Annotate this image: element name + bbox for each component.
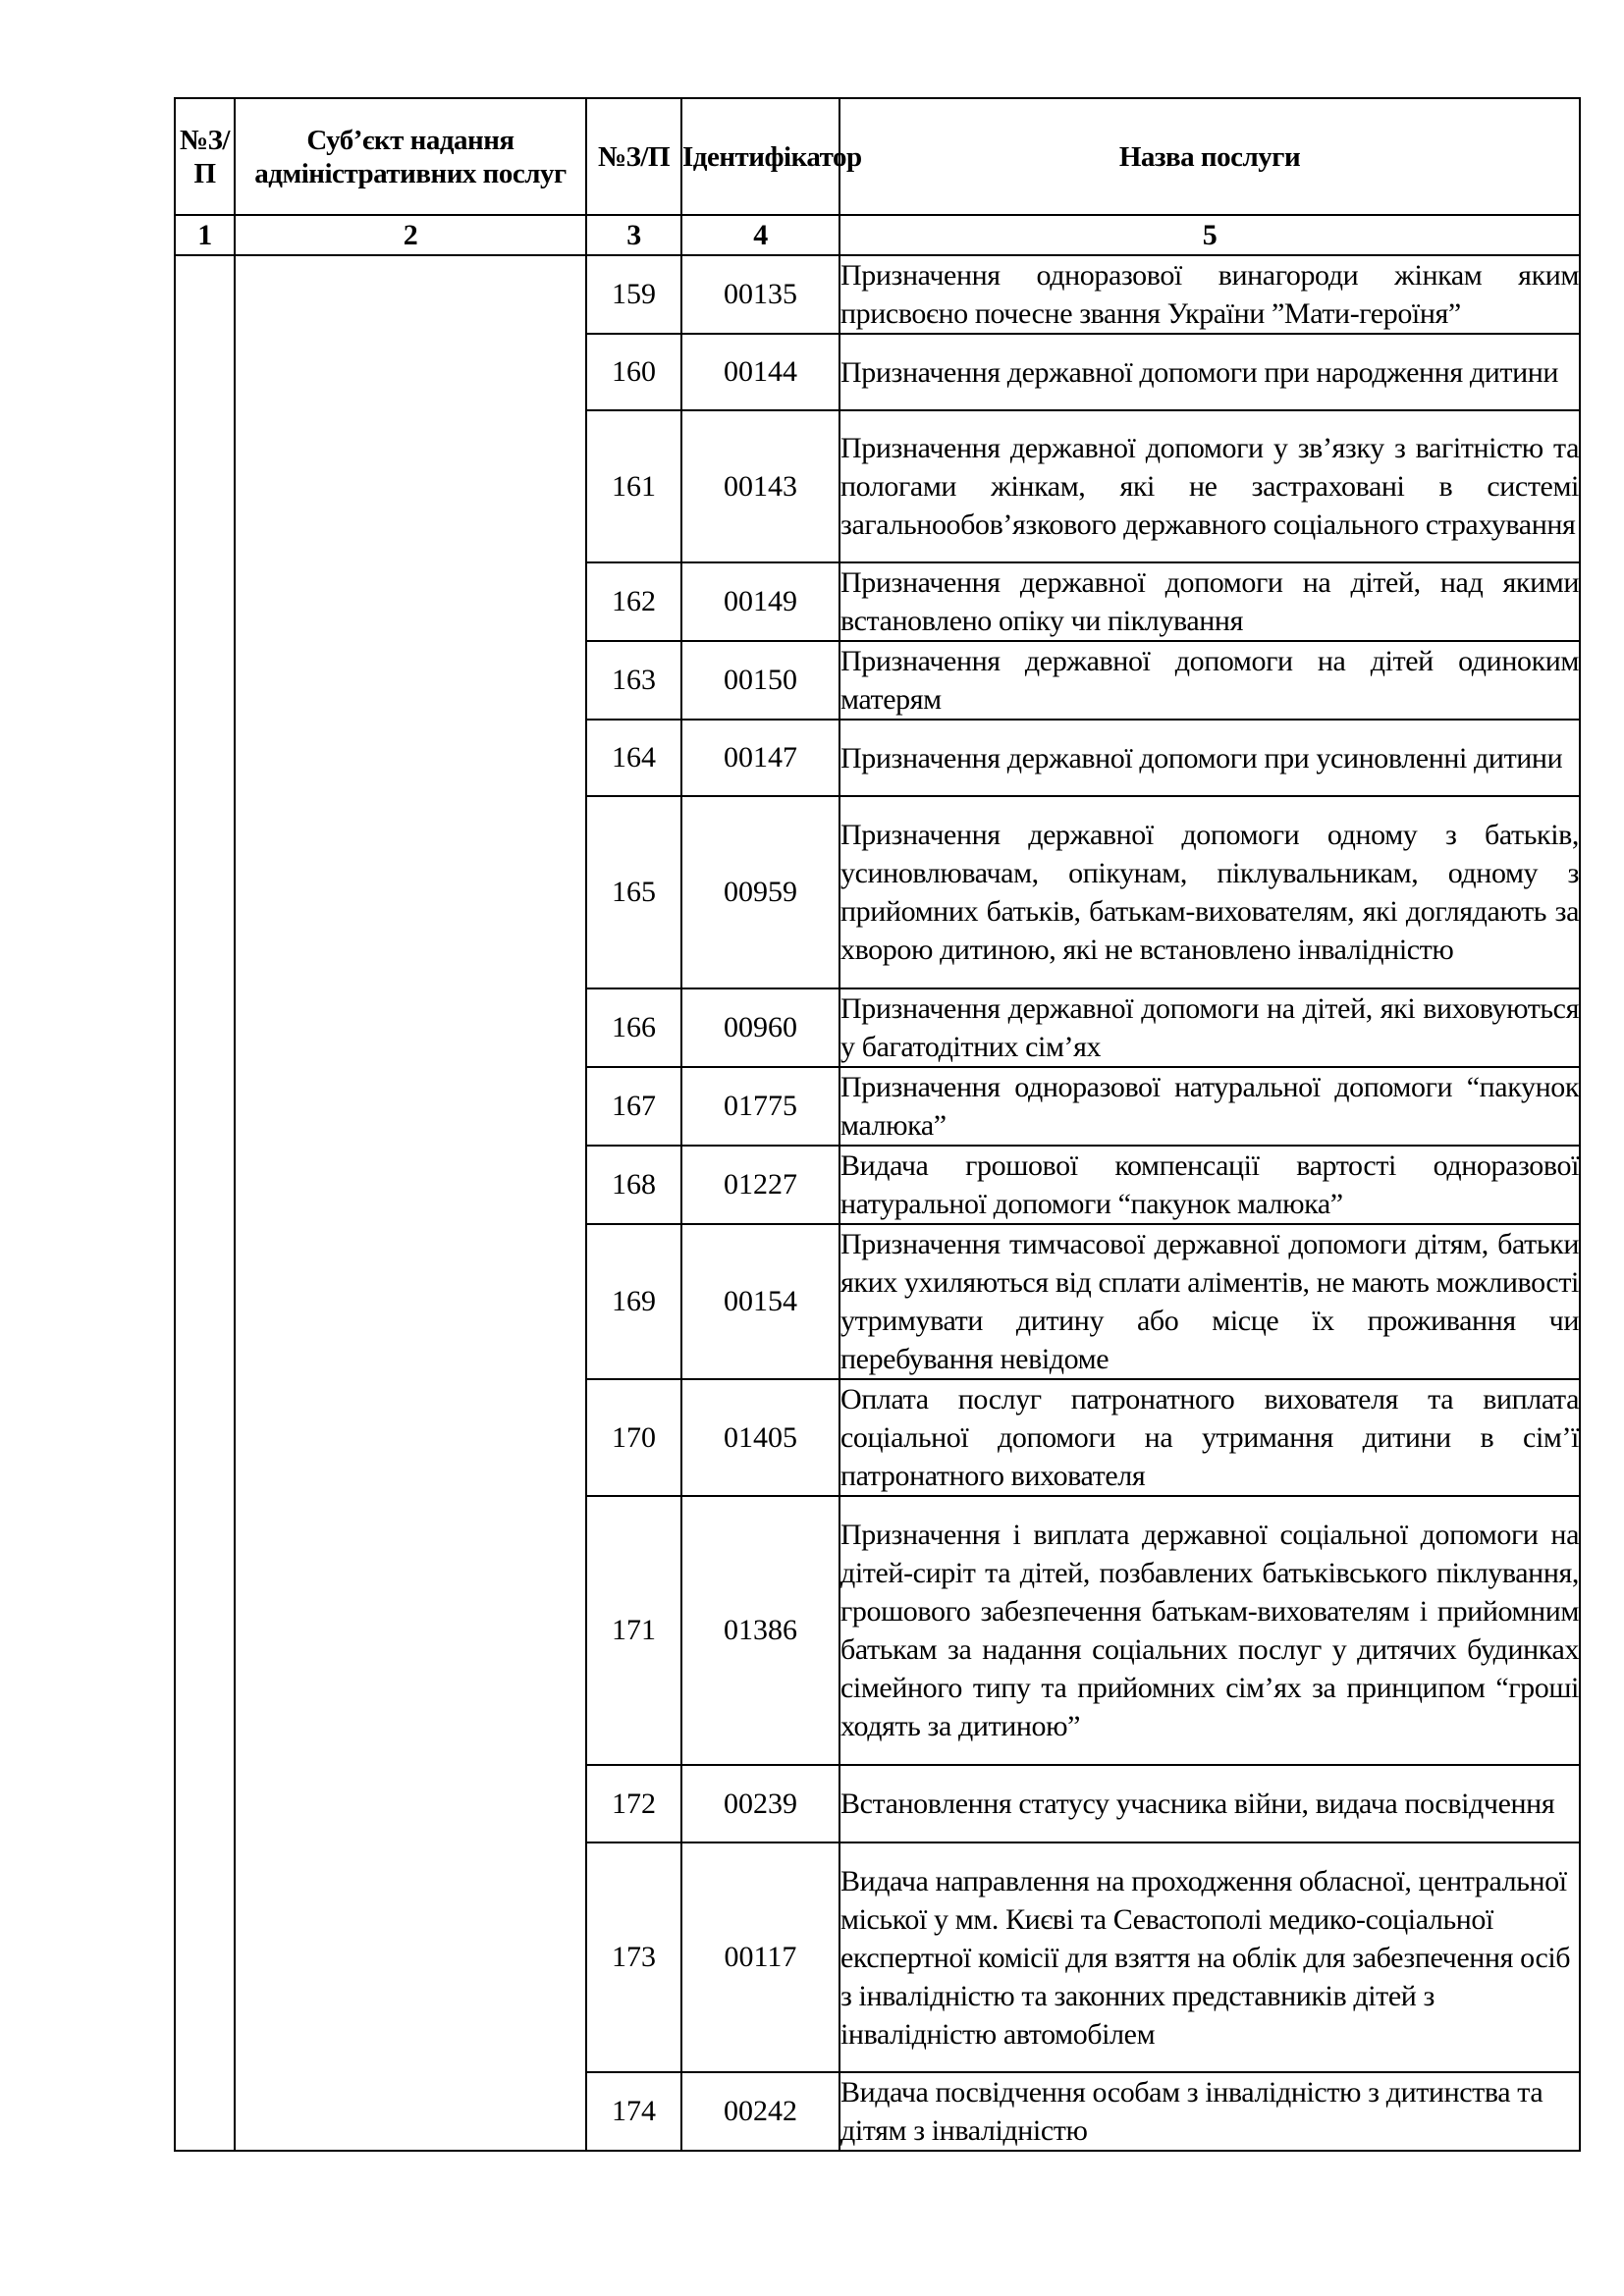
item-number-cell: 160 [586, 334, 681, 410]
service-name-cell: Призначення державної допомоги у зв’язку… [839, 410, 1580, 562]
identifier-cell: 00959 [681, 796, 839, 988]
service-name-cell: Призначення і виплата державної соціальн… [839, 1496, 1580, 1765]
identifier-cell: 01386 [681, 1496, 839, 1765]
item-number-cell: 166 [586, 988, 681, 1067]
identifier-cell: 00144 [681, 334, 839, 410]
item-number-cell: 162 [586, 562, 681, 641]
table-body: 15900135Призначення одноразової винагоро… [175, 255, 1580, 2151]
service-name-cell: Призначення тимчасової державної допомог… [839, 1224, 1580, 1379]
item-number-cell: 159 [586, 255, 681, 334]
identifier-cell: 00135 [681, 255, 839, 334]
identifier-cell: 01405 [681, 1379, 839, 1496]
identifier-cell: 00149 [681, 562, 839, 641]
services-table: №З/П Суб’єкт надання адміністративних по… [174, 97, 1581, 2152]
header-row: №З/П Суб’єкт надання адміністративних по… [175, 98, 1580, 215]
service-name-cell: Призначення державної допомоги на дітей,… [839, 988, 1580, 1067]
service-name-cell: Призначення державної допомоги на дітей,… [839, 562, 1580, 641]
column-number-row: 1 2 3 4 5 [175, 215, 1580, 255]
item-number-cell: 171 [586, 1496, 681, 1765]
identifier-cell: 00239 [681, 1765, 839, 1842]
service-name-cell: Оплата послуг патронатного вихователя та… [839, 1379, 1580, 1496]
item-number-cell: 173 [586, 1842, 681, 2072]
item-number-cell: 163 [586, 641, 681, 720]
service-name-cell: Призначення одноразової винагороди жінка… [839, 255, 1580, 334]
identifier-cell: 00147 [681, 720, 839, 796]
service-name-cell: Видача направлення на проходження обласн… [839, 1842, 1580, 2072]
service-name-cell: Видача грошової компенсації вартості одн… [839, 1146, 1580, 1224]
service-name-cell: Призначення державної допомоги при усино… [839, 720, 1580, 796]
service-name-cell: Призначення одноразової натуральної допо… [839, 1067, 1580, 1146]
item-number-cell: 168 [586, 1146, 681, 1224]
table-row: 15900135Призначення одноразової винагоро… [175, 255, 1580, 334]
item-number-cell: 170 [586, 1379, 681, 1496]
identifier-cell: 00117 [681, 1842, 839, 2072]
subject-cell-empty [235, 255, 586, 2151]
identifier-cell: 00150 [681, 641, 839, 720]
identifier-cell: 00154 [681, 1224, 839, 1379]
header-service-name: Назва послуги [839, 98, 1580, 215]
service-name-cell: Видача посвідчення особам з інвалідністю… [839, 2072, 1580, 2151]
item-number-cell: 165 [586, 796, 681, 988]
identifier-cell: 01775 [681, 1067, 839, 1146]
column-number: 1 [175, 215, 235, 255]
header-subject: Суб’єкт надання адміністративних послуг [235, 98, 586, 215]
item-number-cell: 174 [586, 2072, 681, 2151]
service-name-cell: Встановлення статусу учасника війни, вид… [839, 1765, 1580, 1842]
column-number: 5 [839, 215, 1580, 255]
item-number-cell: 164 [586, 720, 681, 796]
header-row-number: №З/П [175, 98, 235, 215]
identifier-cell: 01227 [681, 1146, 839, 1224]
item-number-cell: 169 [586, 1224, 681, 1379]
item-number-cell: 167 [586, 1067, 681, 1146]
item-number-cell: 161 [586, 410, 681, 562]
identifier-cell: 00242 [681, 2072, 839, 2151]
service-name-cell: Призначення державної допомоги при народ… [839, 334, 1580, 410]
column-number: 2 [235, 215, 586, 255]
identifier-cell: 00960 [681, 988, 839, 1067]
column-number: 3 [586, 215, 681, 255]
service-name-cell: Призначення державної допомоги одному з … [839, 796, 1580, 988]
identifier-cell: 00143 [681, 410, 839, 562]
item-number-cell: 172 [586, 1765, 681, 1842]
service-name-cell: Призначення державної допомоги на дітей … [839, 641, 1580, 720]
row-number-cell-empty [175, 255, 235, 2151]
header-identifier: Ідентифікатор [681, 98, 839, 215]
column-number: 4 [681, 215, 839, 255]
header-item-number: №З/П [586, 98, 681, 215]
